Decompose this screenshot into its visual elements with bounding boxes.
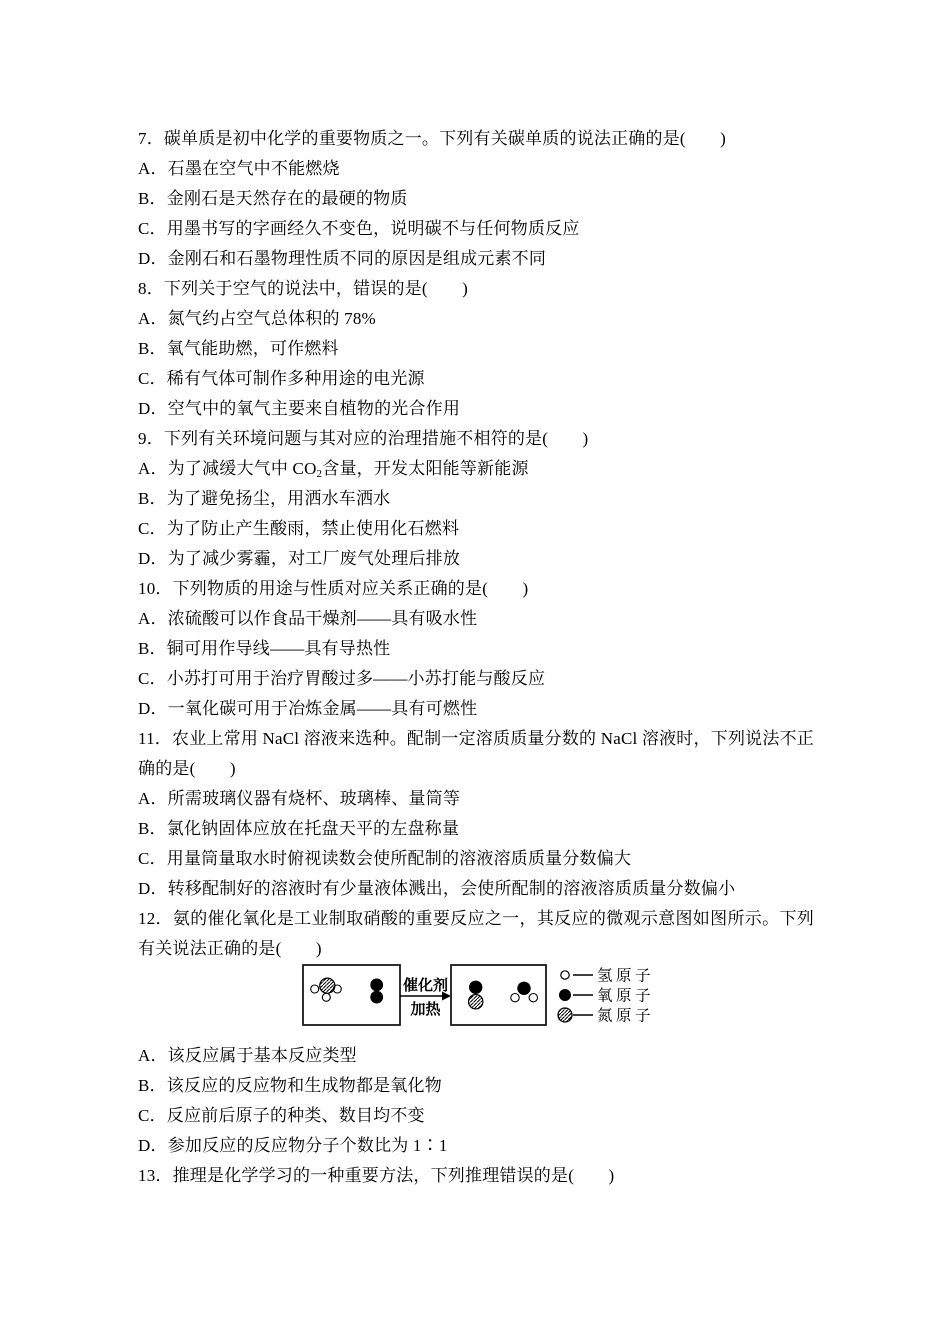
question-11-option-c: C．用量筒量取水时俯视读数会使所配制的溶液溶质质量分数偏大 xyxy=(138,844,814,874)
question-10-option-b: B．铜可用作导线——具有导热性 xyxy=(138,634,814,664)
question-10-option-a: A．浓硫酸可以作食品干燥剂——具有吸水性 xyxy=(138,604,814,634)
question-12-option-a: A．该反应属于基本反应类型 xyxy=(138,1041,814,1071)
heat-condition-label: 加热 xyxy=(409,1000,441,1018)
question-12-option-c: C．反应前后原子的种类、数目均不变 xyxy=(138,1101,814,1131)
question-12-option-b: B．该反应的反应物和生成物都是氧化物 xyxy=(138,1071,814,1101)
question-7-option-d: D．金刚石和石墨物理性质不同的原因是组成元素不同 xyxy=(138,244,814,274)
question-13-stem: 13．推理是化学学习的一种重要方法，下列推理错误的是( ) xyxy=(138,1161,814,1191)
question-11-option-a: A．所需玻璃仪器有烧杯、玻璃棒、量筒等 xyxy=(138,784,814,814)
question-9-option-a: A．为了减缓大气中 CO2含量，开发太阳能等新能源 xyxy=(138,454,814,484)
reaction-arrow: 催化剂 加热 xyxy=(400,976,451,1018)
legend-oxygen-entry: 氧原子 xyxy=(559,987,652,1005)
nitrogen-atom-icon xyxy=(558,1008,572,1022)
legend-hydrogen-label: 氢原子 xyxy=(597,967,652,985)
question-9-stem: 9．下列有关环境问题与其对应的治理措施不相符的是( ) xyxy=(138,424,814,454)
question-11-stem: 11．农业上常用 NaCl 溶液来选种。配制一定溶质质量分数的 NaCl 溶液时… xyxy=(138,724,814,784)
question-12-stem: 12．氨的催化氧化是工业制取硝酸的重要反应之一，其反应的微观示意图如图所示。下列… xyxy=(138,904,814,964)
reactants-box xyxy=(303,965,400,1025)
diagram-legend: 氢原子 氧原子 氮原子 xyxy=(558,967,652,1025)
question-10-option-d: D．一氧化碳可用于冶炼金属——具有可燃性 xyxy=(138,694,814,724)
question-9-option-b: B．为了避免扬尘，用洒水车洒水 xyxy=(138,484,814,514)
question-9-option-d: D．为了减少雾霾，对工厂废气处理后排放 xyxy=(138,544,814,574)
option-text-before-formula: A．为了减缓大气中 CO xyxy=(138,459,317,478)
oxygen-atom-icon xyxy=(559,989,571,1001)
question-8-option-d: D．空气中的氧气主要来自植物的光合作用 xyxy=(138,394,814,424)
question-8-option-b: B．氧气能助燃，可作燃料 xyxy=(138,334,814,364)
legend-nitrogen-entry: 氮原子 xyxy=(558,1007,652,1025)
question-8-stem: 8．下列关于空气的说法中，错误的是( ) xyxy=(138,274,814,304)
option-text-after-formula: 含量，开发太阳能等新能源 xyxy=(322,459,528,478)
reaction-micro-diagram: 催化剂 加热 xyxy=(302,964,814,1041)
question-7-stem: 7．碳单质是初中化学的重要物质之一。下列有关碳单质的说法正确的是( ) xyxy=(138,124,814,154)
question-8-option-c: C．稀有气体可制作多种用途的电光源 xyxy=(138,364,814,394)
hydrogen-atom-icon xyxy=(561,971,569,979)
question-12-option-d: D．参加反应的反应物分子个数比为 1∶1 xyxy=(138,1131,814,1161)
question-11-option-b: B．氯化钠固体应放在托盘天平的左盘称量 xyxy=(138,814,814,844)
question-11-option-d: D．转移配制好的溶液时有少量液体溅出，会使所配制的溶液溶质质量分数偏小 xyxy=(138,874,814,904)
legend-hydrogen-entry: 氢原子 xyxy=(561,967,652,985)
exam-document-page: 7．碳单质是初中化学的重要物质之一。下列有关碳单质的说法正确的是( ) A．石墨… xyxy=(138,124,814,1191)
question-7-option-a: A．石墨在空气中不能燃烧 xyxy=(138,154,814,184)
question-9-option-c: C．为了防止产生酸雨，禁止使用化石燃料 xyxy=(138,514,814,544)
question-7-option-c: C．用墨书写的字画经久不变色，说明碳不与任何物质反应 xyxy=(138,214,814,244)
question-7-option-b: B．金刚石是天然存在的最硬的物质 xyxy=(138,184,814,214)
catalyst-condition-label: 催化剂 xyxy=(403,976,448,994)
question-10-stem: 10．下列物质的用途与性质对应关系正确的是( ) xyxy=(138,574,814,604)
legend-oxygen-label: 氧原子 xyxy=(597,987,652,1005)
question-8-option-a: A．氮气约占空气总体积的 78% xyxy=(138,304,814,334)
question-10-option-c: C．小苏打可用于治疗胃酸过多——小苏打能与酸反应 xyxy=(138,664,814,694)
legend-nitrogen-label: 氮原子 xyxy=(597,1007,652,1025)
reaction-diagram-svg: 催化剂 加热 xyxy=(302,964,652,1041)
products-box xyxy=(451,965,546,1025)
